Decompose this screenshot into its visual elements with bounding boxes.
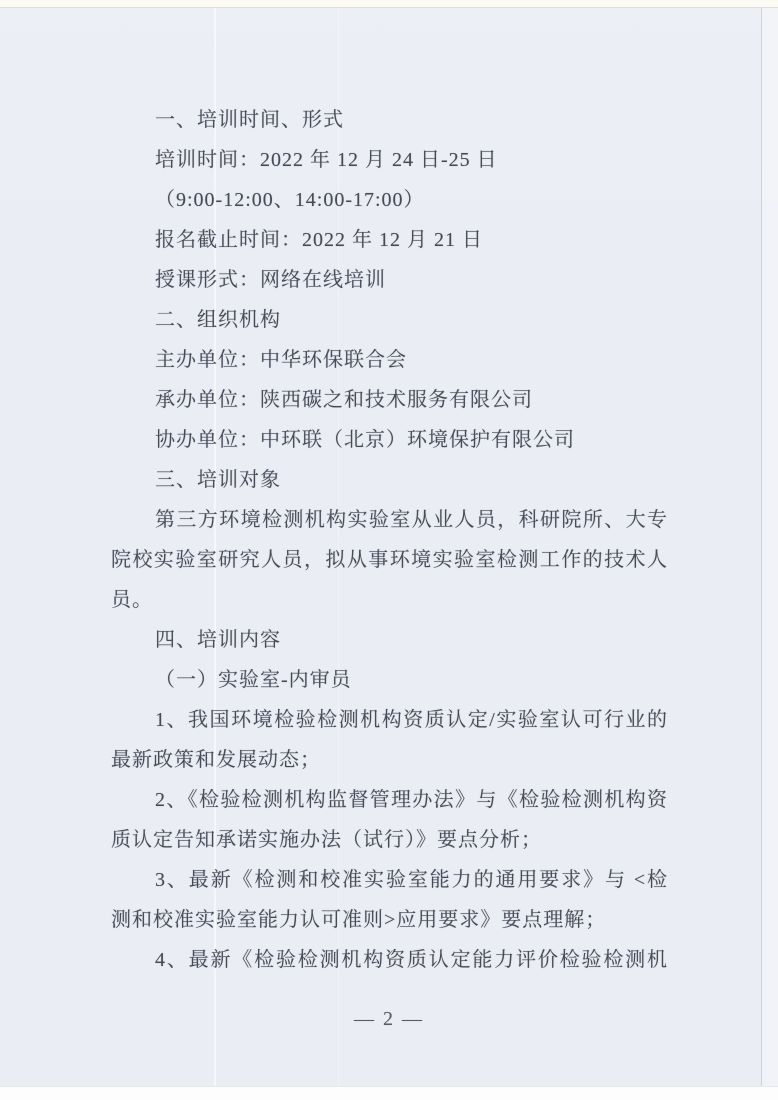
doc-line-audience-3: 员。 <box>111 580 667 620</box>
scan-bottom-edge <box>0 1086 778 1100</box>
doc-line-subheading-lab-auditor: （一）实验室-内审员 <box>111 660 667 700</box>
doc-line-item2-b: 质认定告知承诺实施办法（试行）》要点分析； <box>111 820 667 860</box>
doc-line-item1-b: 最新政策和发展动态； <box>111 740 667 780</box>
doc-line-co-organizer-unit: 协办单位：中环联（北京）环境保护有限公司 <box>111 420 667 460</box>
doc-line-heading-3: 三、培训对象 <box>111 460 667 500</box>
scanned-document-page: 一、培训时间、形式 培训时间：2022 年 12 月 24 日-25 日 （9:… <box>0 0 778 1100</box>
doc-line-heading-2: 二、组织机构 <box>111 300 667 340</box>
doc-line-daily-hours: （9:00-12:00、14:00-17:00） <box>111 180 667 220</box>
doc-line-audience-1: 第三方环境检测机构实验室从业人员，科研院所、大专 <box>111 500 667 540</box>
doc-line-training-time: 培训时间：2022 年 12 月 24 日-25 日 <box>111 140 667 180</box>
page-number: — 2 — <box>0 1008 778 1031</box>
doc-line-heading-1: 一、培训时间、形式 <box>111 100 667 140</box>
doc-line-item2-a: 2、《检验检测机构监督管理办法》与《检验检测机构资 <box>111 780 667 820</box>
document-text-block: 一、培训时间、形式 培训时间：2022 年 12 月 24 日-25 日 （9:… <box>111 100 667 980</box>
scan-right-margin <box>762 8 778 1086</box>
doc-line-organizer-unit: 承办单位：陕西碳之和技术服务有限公司 <box>111 380 667 420</box>
doc-line-item4-a: 4、最新《检验检测机构资质认定能力评价检验检测机 <box>111 940 667 980</box>
doc-line-teaching-format: 授课形式：网络在线培训 <box>111 260 667 300</box>
doc-line-item1-a: 1、我国环境检验检测机构资质认定/实验室认可行业的 <box>111 700 667 740</box>
doc-line-item3-a: 3、最新《检测和校准实验室能力的通用要求》与 <检 <box>111 860 667 900</box>
doc-line-host-unit: 主办单位：中华环保联合会 <box>111 340 667 380</box>
scan-top-edge <box>0 0 778 8</box>
doc-line-heading-4: 四、培训内容 <box>111 620 667 660</box>
scan-right-edge-line <box>761 8 762 1086</box>
doc-line-item3-b: 测和校准实验室能力认可准则>应用要求》要点理解； <box>111 900 667 940</box>
doc-line-registration-deadline: 报名截止时间：2022 年 12 月 21 日 <box>111 220 667 260</box>
doc-line-audience-2: 院校实验室研究人员，拟从事环境实验室检测工作的技术人 <box>111 540 667 580</box>
